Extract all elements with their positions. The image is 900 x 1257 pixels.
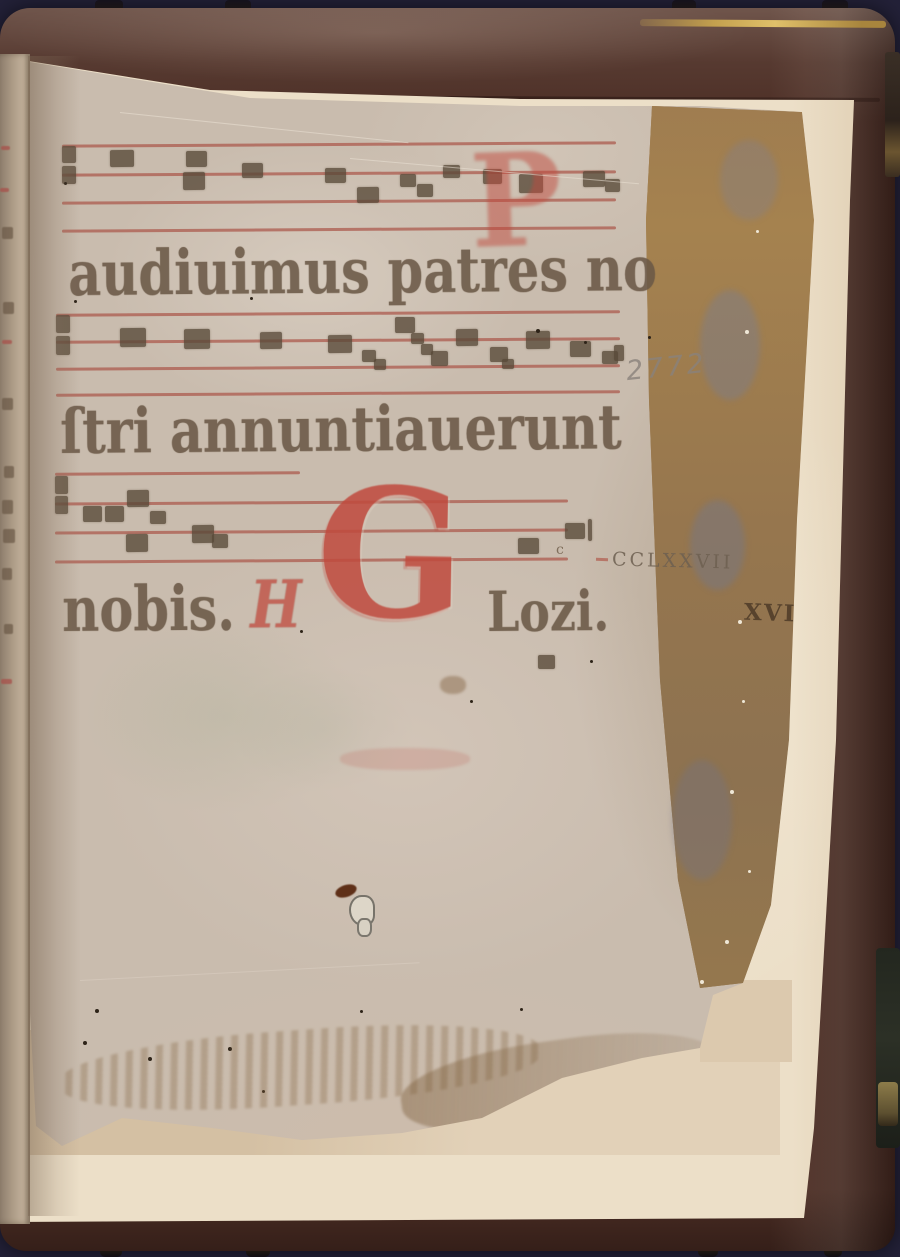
blue-gray-smudge	[720, 140, 778, 220]
white-fleck	[756, 230, 759, 233]
facing-page-text-fragment	[2, 568, 12, 580]
staff-line-red	[56, 364, 620, 370]
neume-square	[120, 328, 146, 347]
manuscript-photo: audiuimus patres no ſtri annuntiauerunt …	[0, 0, 900, 1257]
red-versicle-mark: H	[250, 566, 302, 644]
chant-text-line-1: audiuimus patres no	[68, 233, 657, 310]
blue-gray-smudge	[672, 760, 732, 880]
brown-spot	[440, 676, 466, 694]
clasp-hardware-top	[885, 52, 900, 177]
facing-page-text-fragment	[2, 227, 13, 239]
staff-line-red	[55, 557, 568, 563]
parchment-hole-tail	[357, 918, 372, 937]
scratch-line	[80, 962, 420, 981]
neume-square	[565, 523, 585, 539]
ink-speck	[83, 1041, 87, 1045]
white-fleck	[745, 330, 749, 334]
neume-square	[126, 534, 148, 552]
facing-page-red-fragment	[1, 146, 10, 150]
neume-square	[538, 655, 555, 669]
neume-square	[526, 331, 550, 349]
white-fleck	[725, 940, 729, 944]
neume-square	[456, 329, 478, 346]
chant-text-after-initial: Lozi.	[487, 579, 609, 645]
white-fleck	[742, 700, 745, 703]
neume-square	[328, 335, 352, 353]
staff-line-red	[55, 471, 300, 475]
facing-page-text-fragment	[2, 500, 13, 514]
faded-red-initial: P	[468, 125, 564, 278]
neume-square	[400, 174, 416, 187]
clasp-buckle	[878, 1082, 898, 1126]
facing-page-red-fragment	[2, 340, 12, 344]
facing-page-text-fragment	[4, 624, 13, 634]
neume-square	[260, 332, 282, 349]
neume-square	[502, 359, 514, 369]
red-offset-stain	[340, 748, 470, 770]
neume-square	[83, 506, 102, 522]
neume-square	[570, 341, 591, 357]
neume-square	[242, 163, 263, 178]
neume-square	[127, 490, 149, 507]
neume-square	[395, 317, 415, 333]
ink-speck	[520, 1008, 523, 1011]
facing-page-text-fragment	[2, 398, 13, 410]
chant-text-line-3: nobis.	[62, 573, 235, 647]
ink-speck	[536, 329, 540, 333]
neume-square	[212, 534, 228, 548]
neume-square	[588, 519, 592, 541]
blue-gray-smudge	[700, 290, 760, 400]
ink-speck	[95, 1009, 99, 1013]
neume-square	[431, 351, 448, 366]
neume-square	[105, 506, 124, 522]
staff-line-red	[56, 310, 620, 316]
ink-speck	[360, 1010, 363, 1013]
neume-square	[110, 150, 134, 167]
white-fleck	[738, 620, 742, 624]
white-fleck	[700, 980, 704, 984]
scratch-line	[120, 112, 409, 143]
large-red-initial-G: G	[314, 448, 467, 660]
ink-speck	[470, 700, 473, 703]
folio-number-roman: CCLXXVII	[612, 548, 734, 573]
neume-square	[614, 345, 624, 361]
neume-square	[357, 187, 379, 203]
white-fleck	[748, 870, 751, 873]
neume-square	[325, 168, 346, 183]
ink-speck	[584, 341, 587, 344]
neume-square	[150, 511, 166, 524]
facing-page-text-fragment	[3, 302, 14, 314]
neume-square	[411, 333, 424, 344]
facing-page-text-fragment	[3, 529, 15, 543]
ink-speck	[590, 660, 593, 663]
neume-square	[186, 151, 207, 167]
neume-square	[417, 184, 433, 197]
facing-page-red-fragment	[0, 188, 9, 192]
neume-square	[374, 359, 386, 370]
facing-page-red-fragment	[1, 679, 12, 684]
white-fleck	[730, 790, 734, 794]
facing-page-text-fragment	[4, 466, 14, 478]
blue-gray-smudge	[690, 500, 745, 590]
neume-square	[518, 538, 539, 554]
gutter-shadow	[28, 56, 80, 1216]
neume-square	[192, 525, 214, 543]
neume-square	[183, 172, 205, 190]
red-dash	[596, 558, 608, 561]
custos-mark: c	[556, 542, 564, 558]
ink-speck	[648, 336, 651, 339]
neume-square	[184, 329, 210, 349]
